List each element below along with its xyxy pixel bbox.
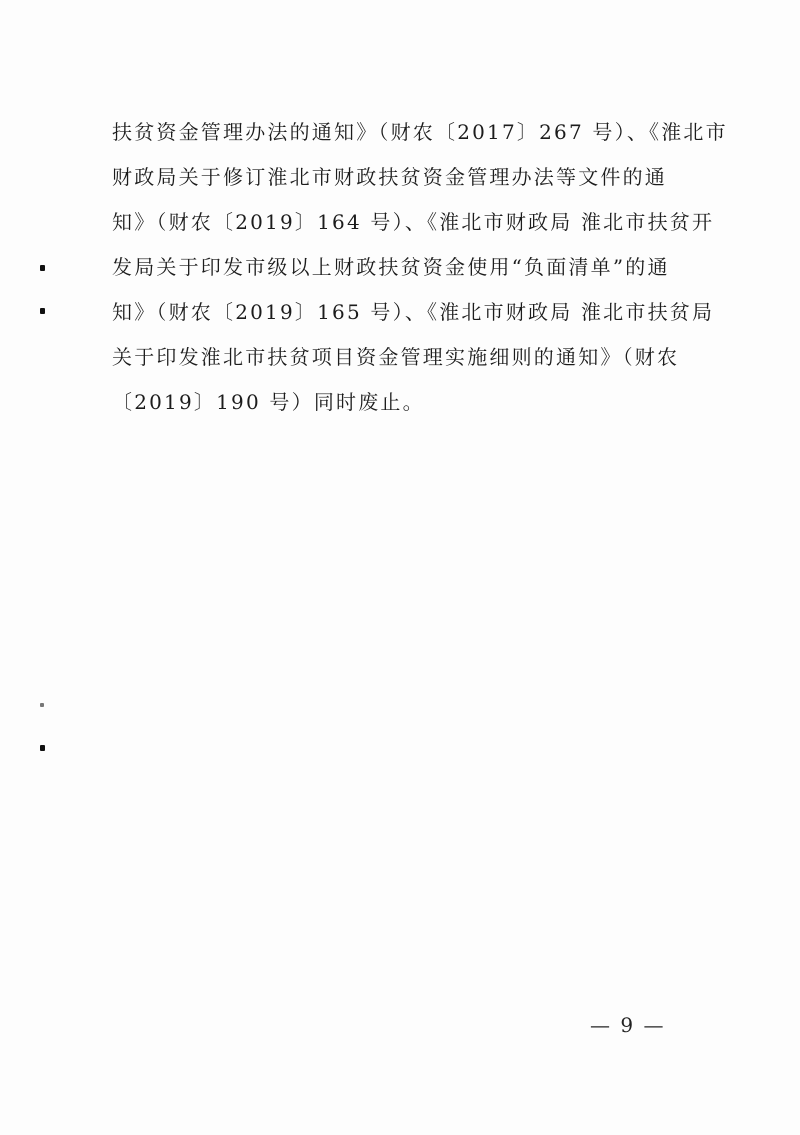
text-line: 发局关于印发市级以上财政扶贫资金使用“负面清单”的通 xyxy=(112,245,692,290)
document-page: 扶贫资金管理办法的通知》（财农〔2017〕267 号）、《淮北市 财政局关于修订… xyxy=(0,0,800,1135)
text-line: 知》（财农〔2019〕164 号）、《淮北市财政局 淮北市扶贫开 xyxy=(112,200,692,245)
text-line: 关于印发淮北市扶贫项目资金管理实施细则的通知》（财农 xyxy=(112,335,692,380)
text-line: 财政局关于修订淮北市财政扶贫资金管理办法等文件的通 xyxy=(112,155,692,200)
text-line: 扶贫资金管理办法的通知》（财农〔2017〕267 号）、《淮北市 xyxy=(112,110,692,155)
binding-hole-mark xyxy=(40,265,45,271)
text-line: 知》（财农〔2019〕165 号）、《淮北市财政局 淮北市扶贫局 xyxy=(112,290,692,335)
text-line: 〔2019〕190 号）同时废止。 xyxy=(112,380,692,425)
page-number: — 9 — xyxy=(590,1013,665,1037)
body-paragraph: 扶贫资金管理办法的通知》（财农〔2017〕267 号）、《淮北市 财政局关于修订… xyxy=(112,110,692,425)
binding-hole-mark xyxy=(40,308,45,314)
binding-hole-mark xyxy=(40,745,45,751)
binding-hole-mark xyxy=(40,703,44,707)
